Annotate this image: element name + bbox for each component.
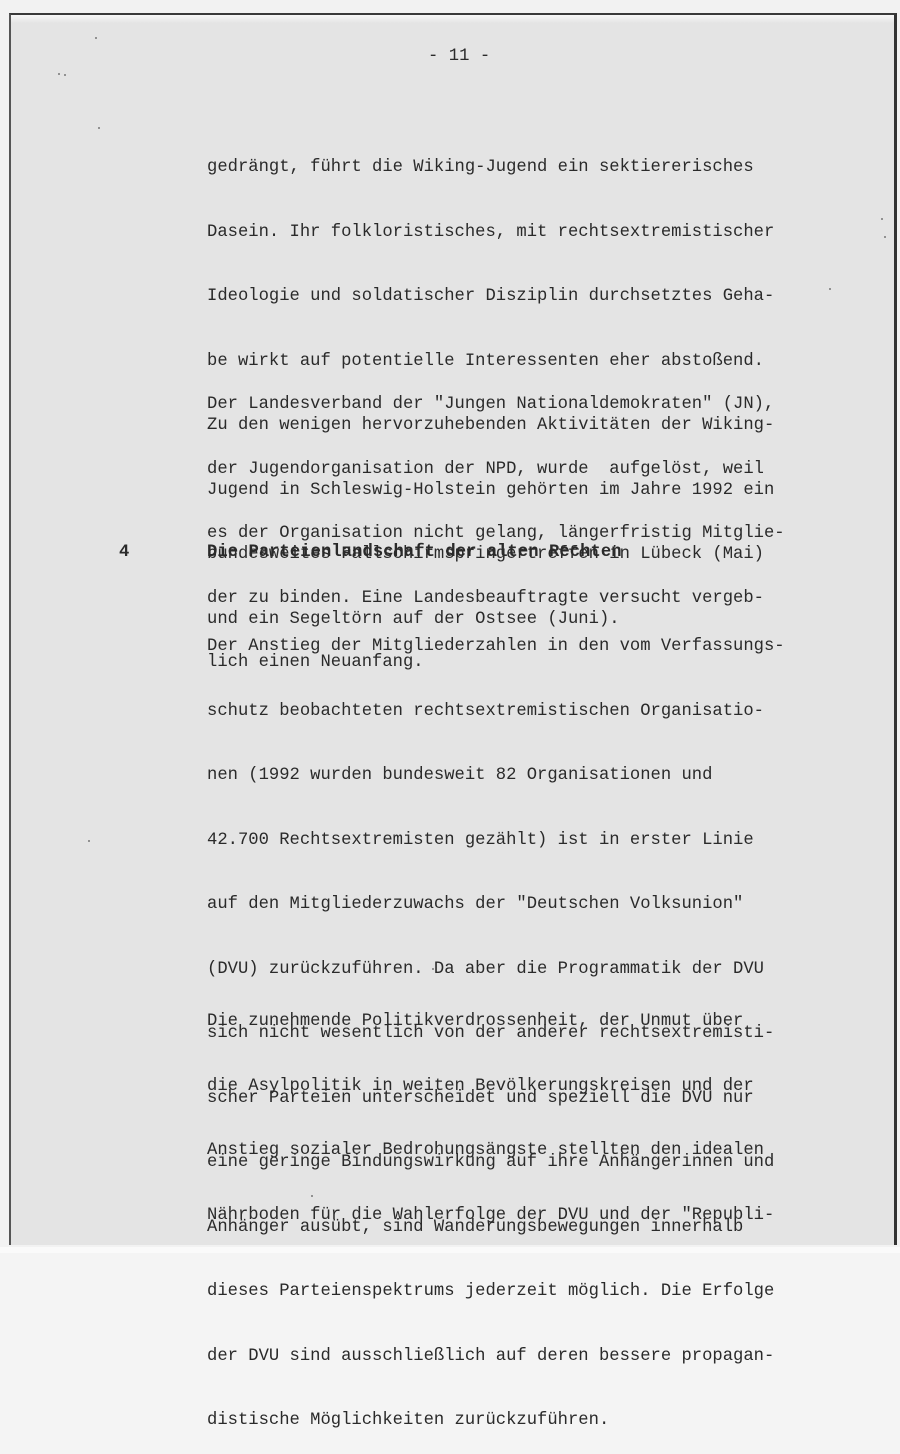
text-line: Ideologie und soldatischer Disziplin dur… <box>207 284 774 311</box>
scan-speck <box>95 37 97 39</box>
paragraph-politikverdrossenheit: Die zunehmende Politikverdrossenheit, de… <box>207 971 774 1248</box>
text-line: Nährboden für die Wahlerfolge der DVU un… <box>207 1203 774 1230</box>
section-heading: Die Parteienlandschaft der alten Rechten <box>207 543 622 562</box>
text-line: gedrängt, führt die Wiking-Jugend ein se… <box>207 155 774 182</box>
scan-speck <box>98 127 100 129</box>
section-number: 4 <box>119 543 129 562</box>
text-line: auf den Mitgliederzuwachs der "Deutschen… <box>207 892 785 919</box>
text-line: nen (1992 wurden bundesweit 82 Organisat… <box>207 763 785 790</box>
scan-speck <box>432 968 434 970</box>
text-line: Der Anstieg der Mitgliederzahlen in den … <box>207 634 785 661</box>
text-line: Die zunehmende Politikverdrossenheit, de… <box>207 1009 774 1036</box>
text-line: 42.700 Rechtsextremisten gezählt) ist in… <box>207 828 785 855</box>
text-line: schutz beobachteten rechtsextremistische… <box>207 699 785 726</box>
scan-speck <box>88 840 90 842</box>
scan-speck <box>884 236 886 238</box>
scan-speck <box>881 218 883 220</box>
scan-speck <box>58 73 60 75</box>
scan-speck <box>64 74 66 76</box>
scan-speck <box>311 1195 313 1197</box>
text-line: Der Landesverband der "Jungen Nationalde… <box>207 392 785 419</box>
page-number: - 11 - <box>428 47 490 66</box>
text-line: Dasein. Ihr folkloristisches, mit rechts… <box>207 220 774 247</box>
text-line: die Asylpolitik in weiten Bevölkerungskr… <box>207 1074 774 1101</box>
text-line: der Jugendorganisation der NPD, wurde au… <box>207 457 785 484</box>
scan-speck <box>829 288 831 290</box>
text-line: Anstieg sozialer Bedrohungsängste stellt… <box>207 1138 774 1165</box>
